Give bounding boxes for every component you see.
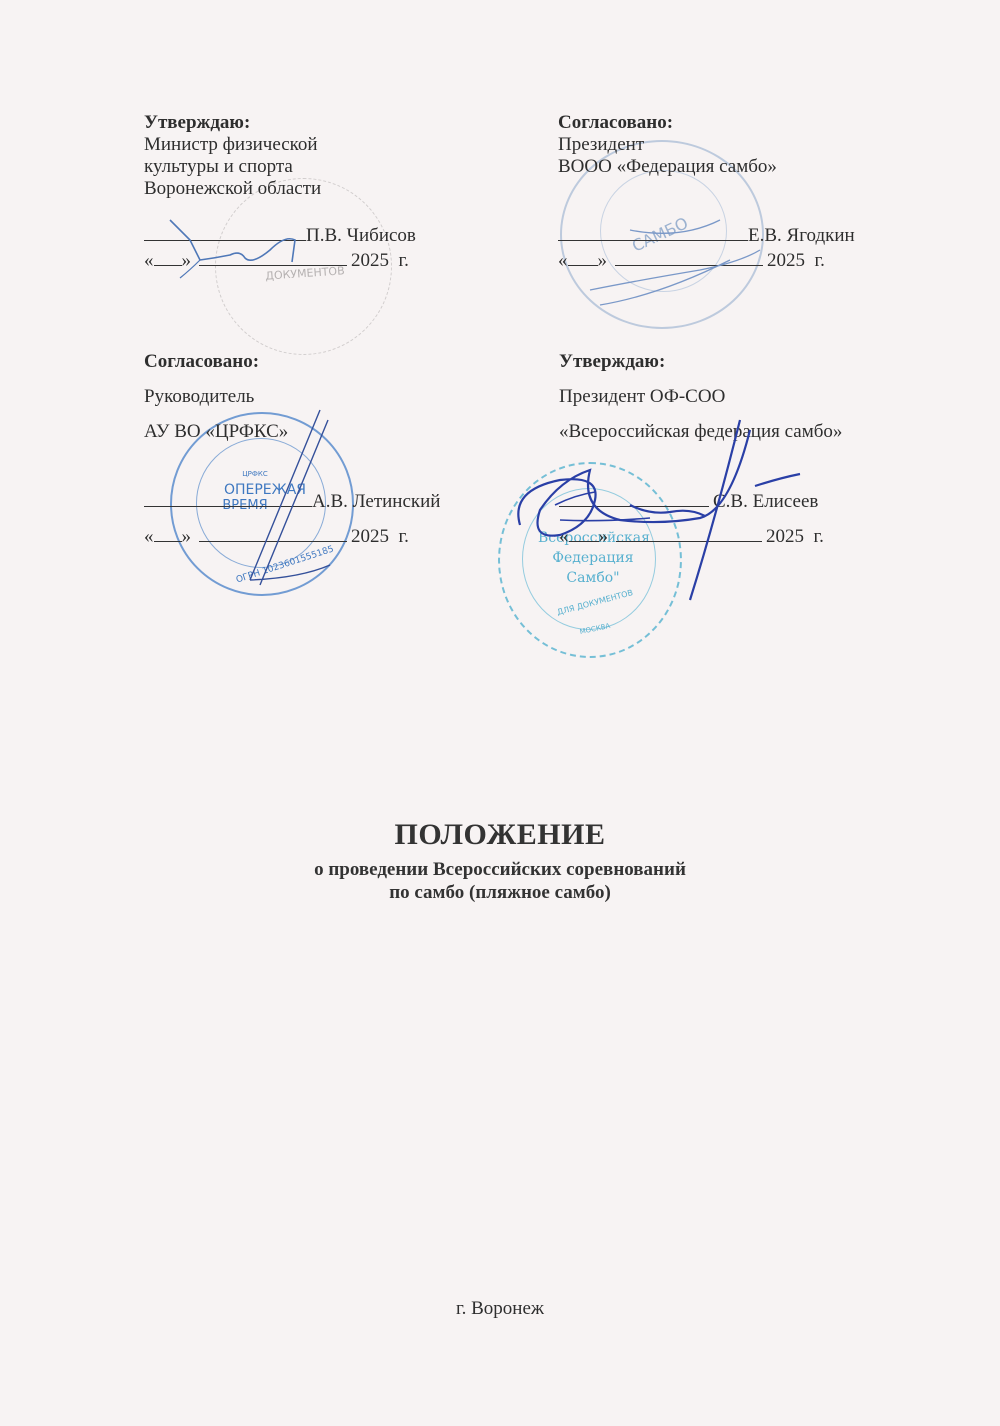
signature-line: С.В. Елисеев (559, 484, 842, 519)
vfs-bottom: ДЛЯ ДОКУМЕНТОВ (546, 585, 645, 620)
document-title: ПОЛОЖЕНИЕ (0, 818, 1000, 852)
signatory-name: А.В. Летинский (312, 484, 440, 519)
position-line: Президент (558, 134, 855, 156)
document-subtitle-line1: о проведении Всероссийских соревнований (0, 858, 1000, 881)
quote-open: « (559, 519, 569, 554)
position-line: Министр физической (144, 134, 416, 156)
quote-open: « (558, 250, 568, 272)
vfs-line3: Самбо" (548, 570, 638, 586)
day-blank (569, 523, 599, 542)
signatory-name: П.В. Чибисов (306, 225, 416, 247)
signature-line: П.В. Чибисов (144, 222, 416, 247)
signature-line: Е.В. Ягодкин (558, 222, 855, 247)
quote-close: » (182, 250, 192, 272)
day-blank (154, 523, 182, 542)
document-subtitle-line2: по самбо (пляжное самбо) (0, 881, 1000, 904)
signature-blank (559, 488, 709, 507)
date-line: « » 2025 г. (144, 247, 416, 272)
year: 2025 г. (351, 250, 409, 272)
signature-blank (144, 222, 306, 241)
signature-blank (144, 488, 312, 507)
city-label: г. Воронеж (0, 1298, 1000, 1320)
position-line: АУ ВО «ЦРФКС» (144, 414, 440, 449)
day-blank (154, 247, 182, 266)
year: 2025 г. (767, 250, 825, 272)
approval-block-minister: Утверждаю: Министр физической культуры и… (144, 112, 416, 272)
quote-open: « (144, 250, 154, 272)
month-blank (615, 247, 763, 266)
signatory-name: Е.В. Ягодкин (748, 225, 855, 247)
quote-close: » (599, 519, 609, 554)
position-line: Президент ОФ-СОО (559, 379, 842, 414)
signature-blank (558, 222, 748, 241)
position-line: Воронежской области (144, 178, 416, 200)
approval-heading: Утверждаю: (144, 112, 416, 134)
quote-close: » (182, 519, 192, 554)
position-line: ВООО «Федерация самбо» (558, 156, 855, 178)
quote-open: « (144, 519, 154, 554)
approval-block-sambo-voronezh: Согласовано: Президент ВООО «Федерация с… (558, 112, 855, 272)
approval-heading: Согласовано: (558, 112, 855, 134)
month-blank (616, 523, 762, 542)
signature-line: А.В. Летинский (144, 484, 440, 519)
quote-close: » (598, 250, 608, 272)
position-line: Руководитель (144, 379, 440, 414)
document-page: ДОКУМЕНТОВ САМБО ЦРФКС ОПЕРЕЖАЯ ВРЕМЯ ОГ… (0, 0, 1000, 1426)
approval-heading: Утверждаю: (559, 344, 842, 379)
date-line: « » 2025 г. (144, 519, 440, 554)
approval-block-crfks: Согласовано: Руководитель АУ ВО «ЦРФКС» … (144, 344, 440, 554)
date-line: « » 2025 г. (559, 519, 842, 554)
document-heading: ПОЛОЖЕНИЕ о проведении Всероссийских сор… (0, 818, 1000, 904)
signatory-name: С.В. Елисеев (713, 484, 818, 519)
year: 2025 г. (351, 519, 409, 554)
vfs-city: МОСКВА (560, 618, 630, 640)
month-blank (199, 247, 347, 266)
approval-block-vfs: Утверждаю: Президент ОФ-СОО «Всероссийск… (559, 344, 842, 554)
date-line: « » 2025 г. (558, 247, 855, 272)
approval-heading: Согласовано: (144, 344, 440, 379)
position-line: «Всероссийская федерация самбо» (559, 414, 842, 449)
year: 2025 г. (766, 519, 824, 554)
position-line: культуры и спорта (144, 156, 416, 178)
day-blank (568, 247, 598, 266)
month-blank (199, 523, 347, 542)
